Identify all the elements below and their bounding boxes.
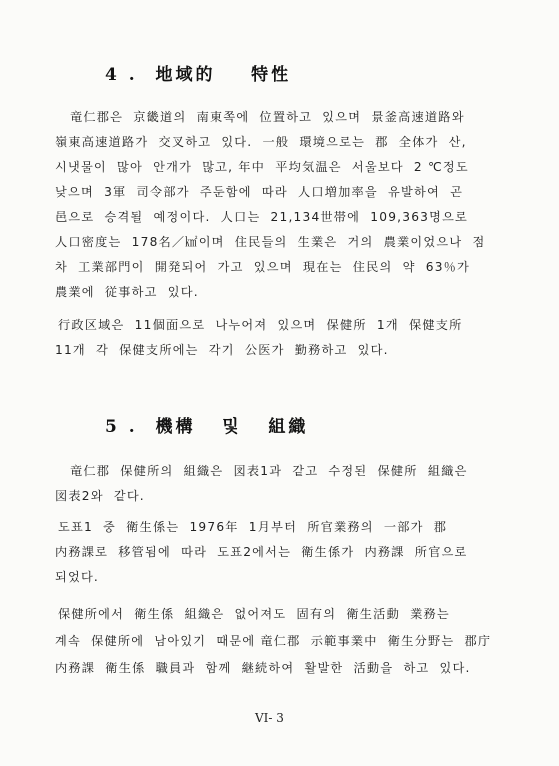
paragraph-line: 保健所에서 衛生係 組織은 없어져도 固有의 衛生活動 業務는 [58,605,450,622]
paragraph-line: 시냇물이 많아 안개가 많고, 年中 平均気温은 서울보다 2 ℃정도 [55,158,469,175]
paragraph-line: 낮으며 3軍 司令部가 주둔함에 따라 人口増加率을 유발하여 곤 [55,183,463,200]
paragraph-line: 農業에 従事하고 있다. [55,283,199,300]
paragraph-line: 内務課 衛生係 職員과 함께 継続하여 활발한 活動을 하고 있다. [55,659,471,676]
page-number: VI- 3 [255,711,284,725]
document-page: 4 . 地域的 特性 竜仁郡은 京畿道의 南東쪽에 位置하고 있으며 景釜高速道… [0,0,559,766]
paragraph-line: 차 工業部門이 開発되어 가고 있으며 現在는 住民의 약 63％가 [55,258,470,275]
paragraph-line: 竜仁郡은 京畿道의 南東쪽에 位置하고 있으며 景釜高速道路와 [70,108,465,125]
paragraph-line: 嶺東高速道路가 交叉하고 있다. 一般 環境으로는 郡 全体가 산, [55,133,467,150]
paragraph-line: 되었다. [55,568,99,585]
paragraph-line: 邑으로 승격될 예정이다. 人口는 21,134世帯에 109,363명으로 [55,208,468,225]
paragraph-line: 図表2와 같다. [55,487,145,504]
section-heading-organization: 5 . 機構 및 組織 [105,412,308,437]
paragraph-line: 内務課로 移管됨에 따라 도표2에서는 衛生係가 内務課 所官으로 [55,543,468,560]
paragraph-line: 계속 保健所에 남아있기 때문에 竜仁郡 示範事業中 衛生分野는 郡庁 [55,632,491,649]
paragraph-line: 竜仁郡 保健所의 組織은 図表1과 같고 수정된 保健所 組織은 [70,462,468,479]
paragraph-line: 行政区域은 11個面으로 나누어져 있으며 保健所 1개 保健支所 [58,316,463,333]
paragraph-line: 도표1 중 衛生係는 1976年 1月부터 所官業務의 一部가 郡 [58,518,447,535]
section-heading-regional-characteristics: 4 . 地域的 特性 [105,60,291,85]
paragraph-line: 11개 각 保健支所에는 각기 公医가 勤務하고 있다. [55,341,389,358]
paragraph-line: 人口密度는 178名／㎢이며 住民들의 生業은 거의 農業이었으나 점 [55,233,485,250]
